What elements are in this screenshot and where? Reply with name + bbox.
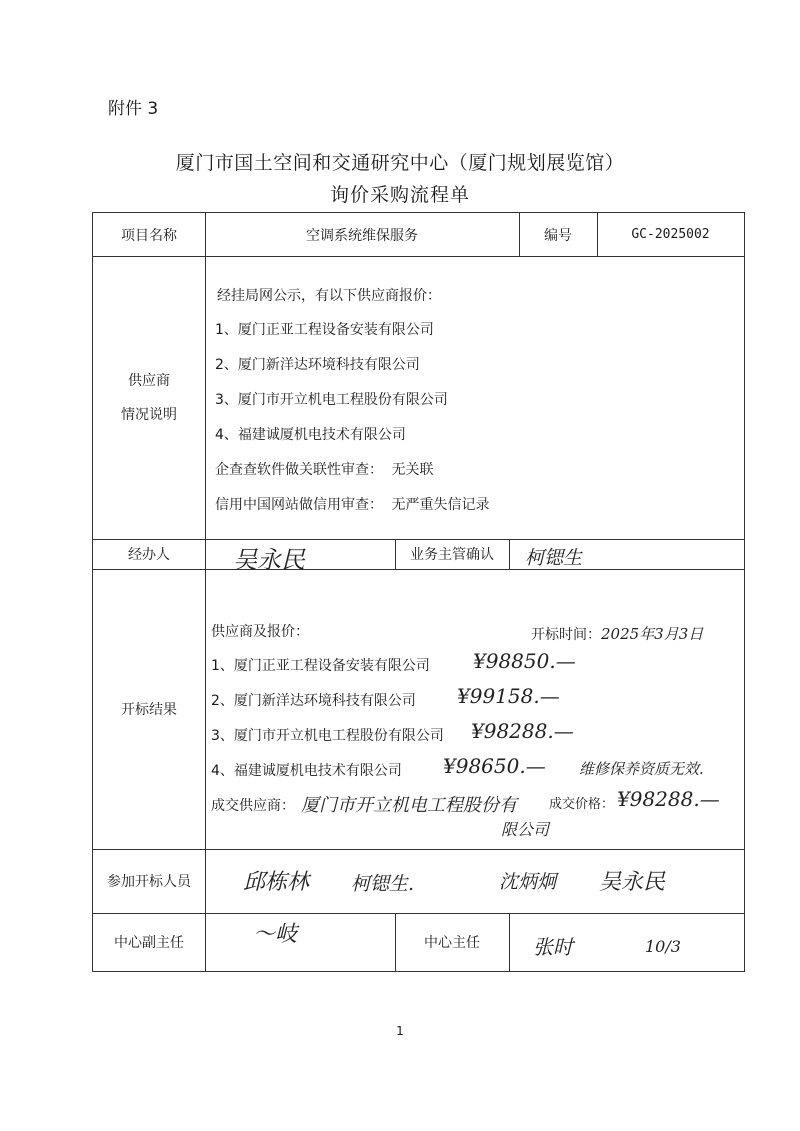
open-time: 开标时间：2025年3月3日	[531, 623, 703, 644]
director-label: 中心主任	[395, 913, 509, 971]
credit-check-label: 信用中国网站做信用审查：	[215, 497, 383, 513]
participant-signature: 沈炳炯	[499, 867, 556, 894]
relation-check: 企查查软件做关联性审查： 无关联	[215, 459, 433, 479]
supervisor-signature: 柯锶生	[525, 543, 582, 570]
participants-label: 参加开标人员	[93, 849, 205, 913]
winner-value-line1: 厦门市开立机电工程股份有	[301, 791, 517, 817]
supervisor-label: 业务主管确认	[395, 539, 509, 569]
bid-note: 维修保养资质无效.	[579, 758, 704, 779]
bid-supplier: 2、厦门新洋达环境科技有限公司	[211, 690, 416, 710]
director-date: 10/3	[645, 937, 681, 956]
supplier-intro: 经挂局网公示，有以下供应商报价：	[217, 285, 441, 305]
handler-label: 经办人	[93, 539, 205, 569]
page-number: 1	[0, 1024, 800, 1038]
project-number-value: GC-2025002	[597, 213, 744, 256]
deal-price-label: 成交价格：	[549, 793, 614, 812]
supplier-item: 2、厦门新洋达环境科技有限公司	[215, 354, 420, 374]
relation-check-label: 企查查软件做关联性审查：	[215, 462, 383, 478]
supplier-info-label-line1: 供应商	[128, 364, 170, 398]
participant-signature: 吴永民	[599, 865, 665, 896]
bid-price: ¥98850.—	[473, 649, 576, 673]
bid-price: ¥99158.—	[457, 684, 560, 708]
supplier-item: 4、福建诚厦机电技术有限公司	[215, 424, 406, 444]
participant-signature: 邱栋林	[243, 865, 309, 896]
bid-supplier: 1、厦门正亚工程设备安装有限公司	[211, 655, 430, 675]
column-divider	[205, 213, 206, 971]
project-name-value: 空调系统维保服务	[205, 213, 519, 256]
project-number-label: 编号	[519, 213, 597, 256]
bid-supplier: 3、厦门市开立机电工程股份有限公司	[211, 725, 444, 745]
winner-label: 成交供应商：	[211, 795, 295, 815]
director-signature: 张时	[533, 931, 573, 960]
bid-price: ¥98288.—	[471, 719, 574, 743]
supplier-info-label-line2: 情况说明	[121, 398, 177, 432]
supplier-item: 1、厦门正亚工程设备安装有限公司	[215, 319, 434, 339]
handler-signature: 吴永民	[233, 540, 305, 575]
bid-price: ¥98650.—	[443, 754, 546, 778]
column-divider	[509, 539, 510, 569]
column-divider	[509, 913, 510, 971]
relation-check-value: 无关联	[391, 462, 433, 478]
open-time-label: 开标时间：	[531, 627, 601, 643]
winner-value-line2: 限公司	[501, 817, 549, 840]
procurement-form-table: 项目名称 空调系统维保服务 编号 GC-2025002 供应商 情况说明 经挂局…	[92, 212, 745, 972]
deputy-director-label: 中心副主任	[93, 913, 205, 971]
bid-header: 供应商及报价：	[211, 621, 309, 641]
document-subtitle: 询价采购流程单	[0, 180, 800, 207]
bid-supplier: 4、福建诚厦机电技术有限公司	[211, 760, 402, 780]
attachment-label: 附件 3	[108, 94, 158, 119]
supplier-item: 3、厦门市开立机电工程股份有限公司	[215, 389, 448, 409]
bid-result-label: 开标结果	[93, 569, 205, 849]
participant-signature: 柯锶生.	[351, 869, 414, 896]
deputy-director-signature: ～岐	[253, 917, 297, 948]
supplier-info-label: 供应商 情况说明	[93, 256, 205, 539]
project-name-label: 项目名称	[93, 213, 205, 256]
open-time-value: 2025年3月3日	[601, 625, 703, 643]
credit-check-value: 无严重失信记录	[391, 497, 489, 513]
document-title: 厦门市国土空间和交通研究中心（厦门规划展览馆）	[0, 148, 800, 175]
deal-price-value: ¥98288.—	[617, 787, 720, 811]
credit-check: 信用中国网站做信用审查： 无严重失信记录	[215, 494, 489, 514]
